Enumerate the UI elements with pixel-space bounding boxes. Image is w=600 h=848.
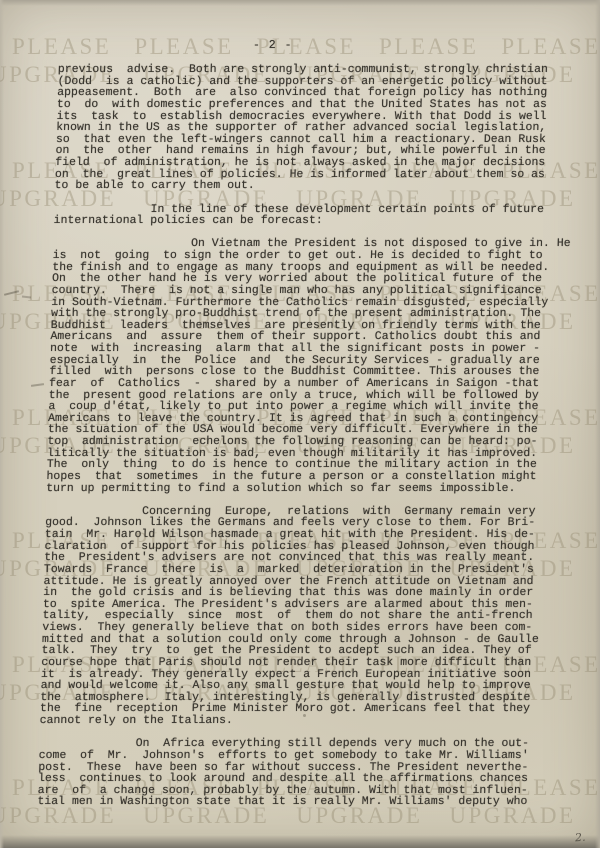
scan-edge-right bbox=[595, 0, 600, 848]
scan-edge-left bbox=[0, 0, 4, 848]
watermark-word: PLEASE bbox=[501, 34, 600, 59]
pencil-smudge bbox=[4, 290, 19, 296]
watermark-word: PLEASE bbox=[379, 34, 478, 59]
typewritten-body: previous advise. Both are strongly anti-… bbox=[37, 64, 575, 808]
watermark-word: PLEASE bbox=[12, 34, 111, 59]
pencil-smudge bbox=[303, 714, 306, 717]
scan-edge-top bbox=[0, 0, 600, 6]
scan-edge-bottom bbox=[0, 835, 600, 848]
scanned-document-page: PLEASEPLEASEPLEASEPLEASEPLEASEUPGRADEUPG… bbox=[0, 0, 600, 848]
watermark-row: PLEASEPLEASEPLEASEPLEASEPLEASE bbox=[12, 34, 600, 60]
pencil-smudge bbox=[31, 383, 44, 387]
page-number-header: - 2 - bbox=[253, 39, 293, 52]
handwritten-page-number: 2. bbox=[574, 831, 585, 845]
watermark-word: PLEASE bbox=[134, 34, 233, 59]
pencil-smudge bbox=[22, 296, 31, 299]
